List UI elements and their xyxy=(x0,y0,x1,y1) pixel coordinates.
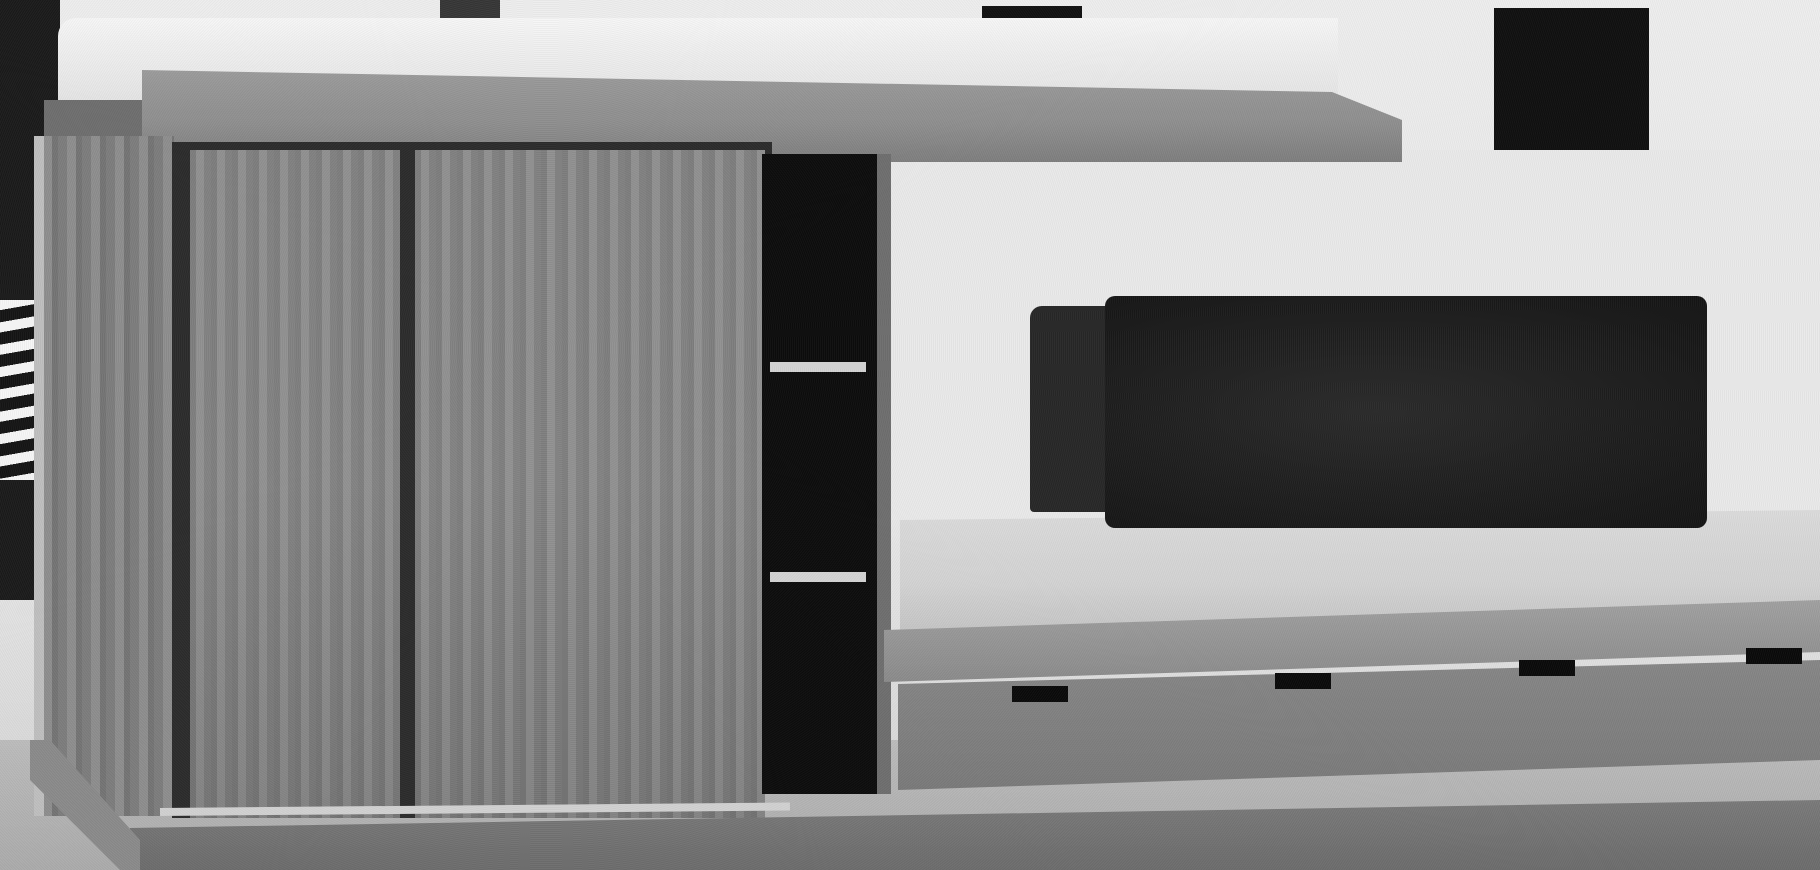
back-cushion xyxy=(1105,296,1707,528)
wall-panel xyxy=(1494,8,1649,160)
sliding-door-right xyxy=(415,150,765,818)
shelf-unit-edge xyxy=(877,154,891,794)
photo-scene xyxy=(0,0,1820,870)
cabinet-frame-left xyxy=(172,150,190,818)
cabinet-side-panel xyxy=(34,136,174,816)
cabinet-top-lip xyxy=(44,100,142,138)
drawer-handle xyxy=(1746,648,1802,664)
shelf-1 xyxy=(770,362,866,372)
cabinet-side-edge xyxy=(34,136,44,816)
drawer-handle xyxy=(1012,686,1068,702)
cushion-side xyxy=(1030,306,1112,512)
drawer-handle xyxy=(1275,673,1331,689)
open-shelf-unit xyxy=(762,154,877,794)
shelf-2 xyxy=(770,572,866,582)
drawer-handle xyxy=(1519,660,1575,676)
sliding-door-left xyxy=(190,150,402,818)
